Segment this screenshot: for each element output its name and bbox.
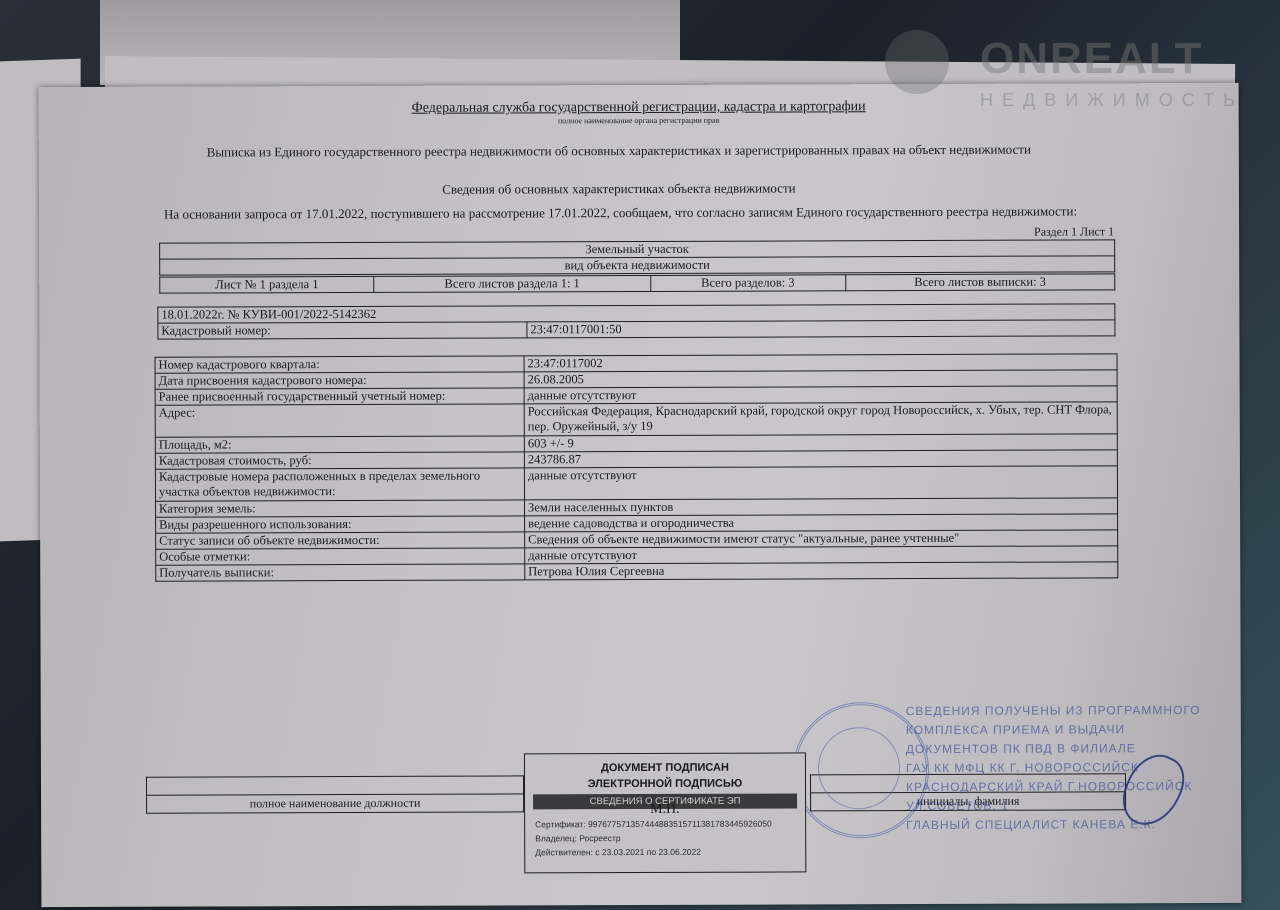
certificate-validity: Действителен: с 23.03.2021 по 23.06.2022 <box>535 846 805 857</box>
extract-title: Выписка из Единого государственного реес… <box>39 141 1199 161</box>
table-row: Адрес:Российская Федерация, Краснодарски… <box>155 402 1117 437</box>
total-sheets-section: Всего листов раздела 1: 1 <box>374 275 650 292</box>
table-row: Получатель выписки:Петрова Юлия Сергеевн… <box>156 562 1118 581</box>
basis-text: На основании запроса от 17.01.2022, пост… <box>164 203 1077 222</box>
seal-place-label: М.П. <box>650 802 680 818</box>
table-row: Кадастровые номера расположенных в преде… <box>155 466 1117 501</box>
row-label: Особые отметки: <box>156 548 525 565</box>
document-number-table: 18.01.2022г. № КУВИ-001/2022-5142362 Кад… <box>157 303 1115 339</box>
position-field <box>146 776 523 795</box>
row-label: Статус записи об объекте недвижимости: <box>156 532 525 549</box>
cadastral-number-label: Кадастровый номер: <box>158 322 527 339</box>
certificate-number: Сертификат: 9976775713574448835157113817… <box>535 818 805 829</box>
signed-line-1: ДОКУМЕНТ ПОДПИСАН <box>525 761 805 774</box>
position-caption: полное наименование должности <box>147 794 524 813</box>
row-value: данные отсутствуют <box>524 466 1117 500</box>
electronic-signature-box: ДОКУМЕНТ ПОДПИСАН ЭЛЕКТРОННОЙ ПОДПИСЬЮ С… <box>524 752 806 873</box>
row-value: Петрова Юлия Сергеевна <box>525 562 1118 580</box>
row-label: Получатель выписки: <box>156 564 525 581</box>
sheets-table: Лист № 1 раздела 1 Всего листов раздела … <box>159 273 1115 293</box>
row-label: Ранее присвоенный государственный учетны… <box>155 388 524 405</box>
section-title: Сведения об основных характеристиках объ… <box>39 179 1199 199</box>
row-label: Виды разрешенного использования: <box>156 516 525 533</box>
section-reference: Раздел 1 Лист 1 <box>1034 224 1114 239</box>
row-label: Кадастровая стоимость, руб: <box>155 452 524 469</box>
stamp-line: СВЕДЕНИЯ ПОЛУЧЕНЫ ИЗ ПРОГРАММНОГО <box>906 701 1201 721</box>
row-label: Дата присвоения кадастрового номера: <box>155 372 524 389</box>
row-label: Кадастровые номера расположенных в преде… <box>155 468 524 501</box>
object-type-caption: вид объекта недвижимости <box>160 256 1115 275</box>
certificate-owner: Владелец: Росреестр <box>535 832 805 843</box>
cadastral-number-value: 23:47:0117001:50 <box>527 320 1115 338</box>
stamp-line: КОМПЛЕКСА ПРИЕМА И ВЫДАЧИ <box>906 720 1201 740</box>
signed-line-2: ЭЛЕКТРОННОЙ ПОДПИСЬЮ <box>525 777 805 790</box>
row-label: Площадь, м2: <box>155 436 524 453</box>
total-sections: Всего разделов: 3 <box>650 275 845 292</box>
characteristics-table: Номер кадастрового квартала:23:47:011700… <box>155 353 1119 581</box>
sheet-number: Лист № 1 раздела 1 <box>160 276 374 293</box>
row-label: Категория земель: <box>156 500 525 517</box>
row-label: Номер кадастрового квартала: <box>155 356 524 373</box>
row-value: Российская Федерация, Краснодарский край… <box>524 402 1117 436</box>
document-page: Федеральная служба государственной регис… <box>39 83 1242 907</box>
total-sheets-extract: Всего листов выписки: 3 <box>845 274 1114 291</box>
object-type-table: Земельный участок вид объекта недвижимос… <box>159 239 1115 275</box>
row-label: Адрес: <box>155 404 524 437</box>
